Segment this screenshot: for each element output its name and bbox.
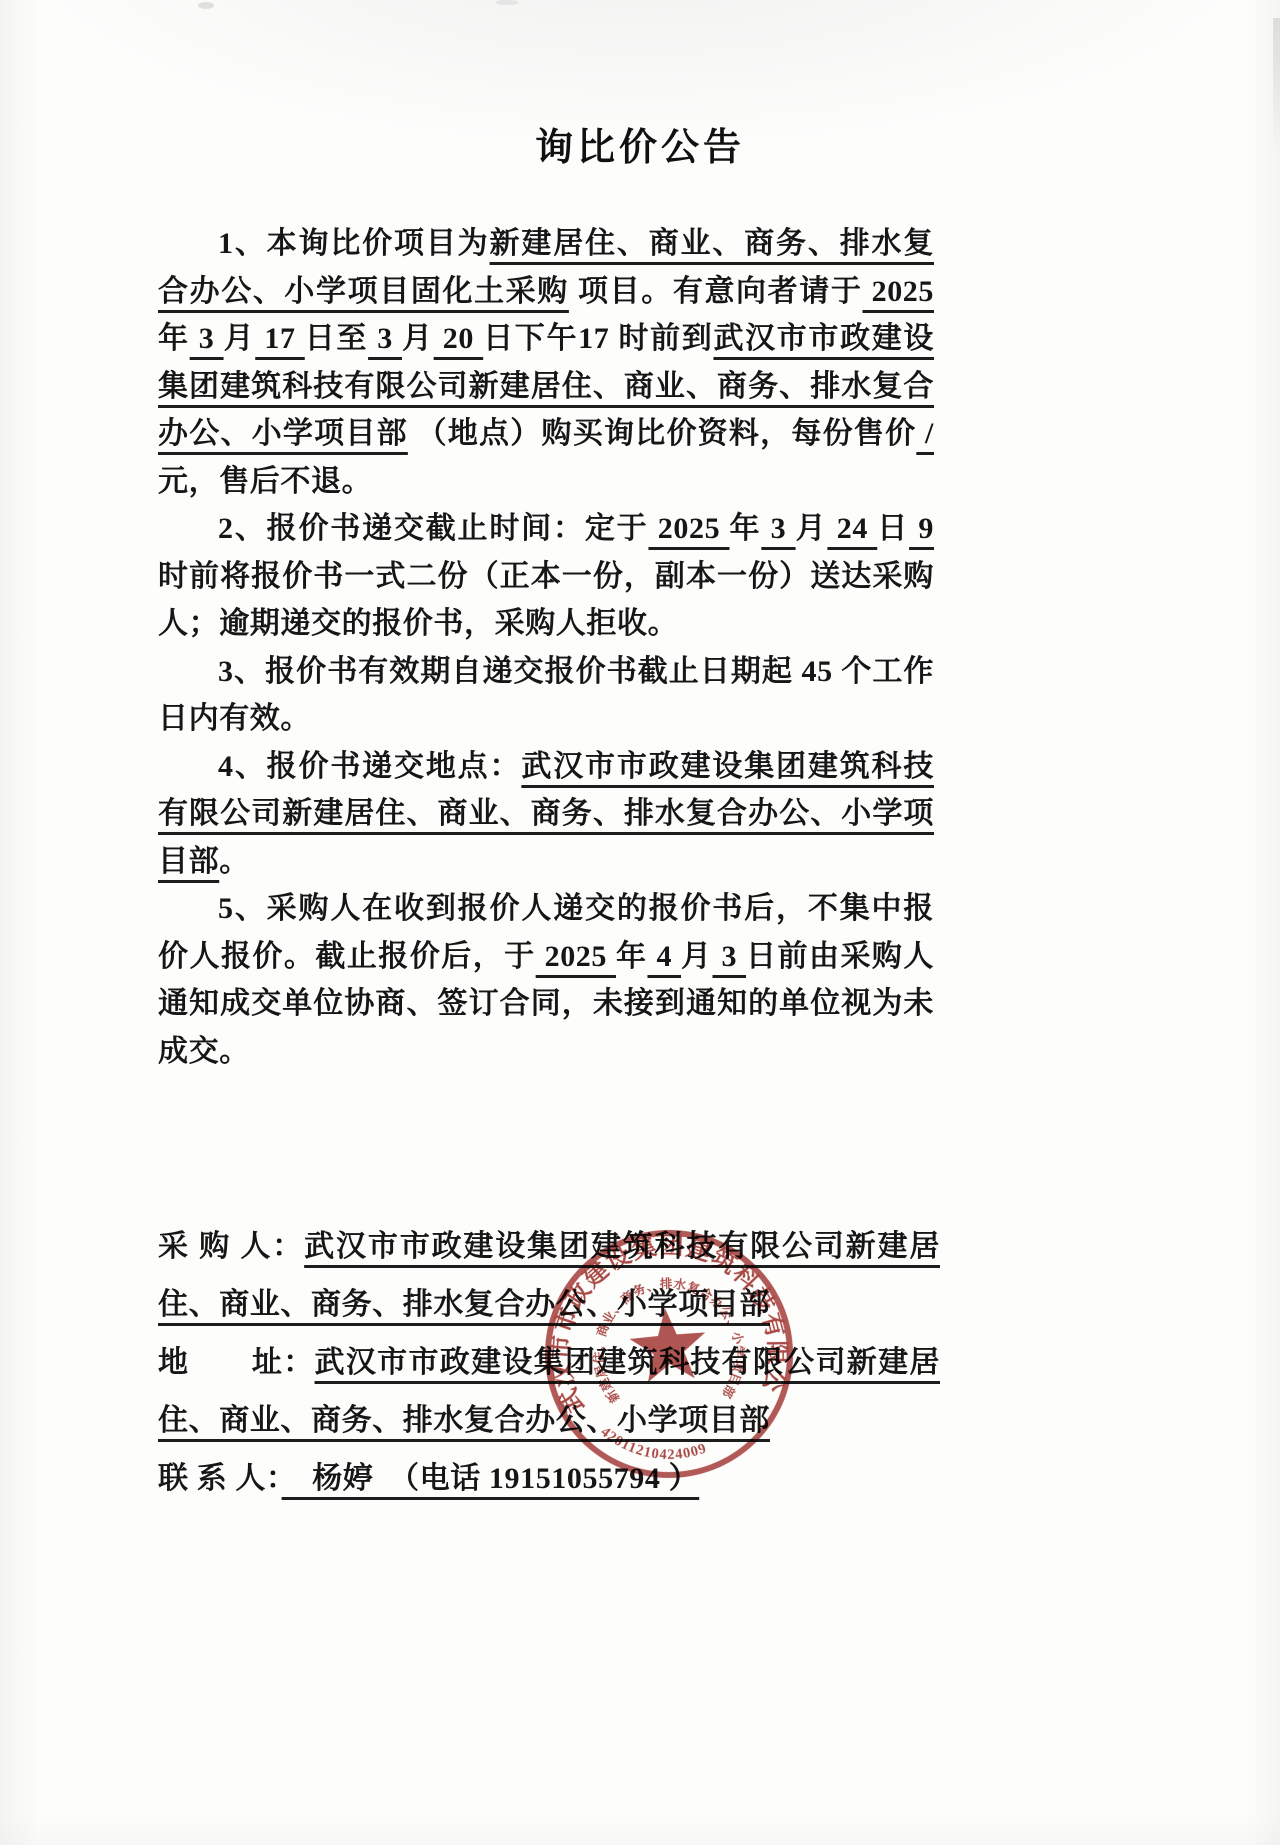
scan-artifact [496, 0, 518, 5]
contact-label: 地 址： [158, 1346, 315, 1379]
clause-paragraph: 3、报价书有效期自递交报价书截止日期起 45 个工作日内有效。 [158, 648, 934, 743]
scanned-document-page: 询比价公告 1、本询比价项目为新建居住、商业、商务、排水复合办公、小学项目固化土… [0, 0, 1280, 1845]
official-seal-stamp: 武汉市市政建设集团建筑科技有限公司 新建居住、商业、商务、排水复合办公、小学项目… [523, 1208, 816, 1501]
filled-blank-text: 2025 [862, 275, 934, 308]
filled-blank-text: 3 [190, 322, 224, 355]
text-run: 2、报价书递交截止时间：定于 [218, 512, 648, 545]
clause-paragraph: 1、本询比价项目为新建居住、商业、商务、排水复合办公、小学项目固化土采购 项目。… [158, 220, 934, 505]
text-run: 日至 [305, 322, 368, 355]
filled-blank-text: 20 [434, 322, 484, 355]
text-run: 3、报价书有效期自递交报价书截止日期起 45 个工作日内有效。 [158, 655, 934, 736]
page-title: 询比价公告 [0, 116, 1280, 171]
seal-star-icon [627, 1305, 709, 1384]
filled-blank-text: 3 [713, 940, 747, 973]
filled-blank-text: 24 [827, 512, 877, 545]
svg-text:武汉市市政建设集团建筑科技有限公司: 武汉市市政建设集团建筑科技有限公司 [523, 1208, 796, 1421]
text-run: 时前将报价书一式二份（正本一份，副本一份）送达采购人；逾期递交的报价书，采购人拒… [158, 560, 934, 641]
clause-paragraph: 5、采购人在收到报价人递交的报价书后，不集中报价人报价。截止报价后，于 2025… [158, 885, 934, 1075]
text-run: 日 [877, 512, 909, 545]
clause-paragraph: 2、报价书递交截止时间：定于 2025 年 3 月 24 日 9 时前将报价书一… [158, 505, 934, 648]
contact-label: 采 购 人： [158, 1230, 304, 1263]
filled-blank-text: 2025 [648, 512, 729, 545]
text-run: 元，售后不退。 [158, 465, 372, 498]
text-run: 年 [616, 940, 647, 973]
text-run: 月 [224, 322, 256, 355]
text-run: 月 [681, 940, 712, 973]
scan-artifact [198, 2, 214, 9]
text-run: 年 [730, 512, 762, 545]
filled-blank-text: 3 [761, 512, 795, 545]
text-run: 。 [219, 845, 250, 878]
announcement-body: 1、本询比价项目为新建居住、商业、商务、排水复合办公、小学项目固化土采购 项目。… [158, 220, 934, 1075]
filled-blank-text: 2025 [536, 940, 616, 973]
filled-blank-text: 3 [368, 322, 402, 355]
clause-paragraph: 4、报价书递交地点：武汉市市政建设集团建筑科技有限公司新建居住、商业、商务、排水… [158, 743, 934, 886]
text-run: 4、报价书递交地点： [218, 750, 521, 783]
text-run: 日下午17 时前到 [483, 322, 713, 355]
text-run: （地点）购买询比价资料，每份售价 [408, 417, 916, 450]
seal-company-text: 武汉市市政建设集团建筑科技有限公司 [523, 1208, 796, 1421]
text-run: 1、本询比价项目为 [218, 227, 490, 260]
text-run: 月 [402, 322, 434, 355]
contact-label: 联 系 人： [158, 1462, 282, 1495]
filled-blank-text: / [916, 417, 934, 450]
text-run: 项目。有意向者请于 [569, 275, 863, 308]
filled-blank-text: 17 [255, 322, 305, 355]
text-run: 月 [796, 512, 828, 545]
filled-blank-text: 9 [909, 512, 934, 545]
text-run: 年 [158, 322, 190, 355]
filled-blank-text: 4 [647, 940, 681, 973]
